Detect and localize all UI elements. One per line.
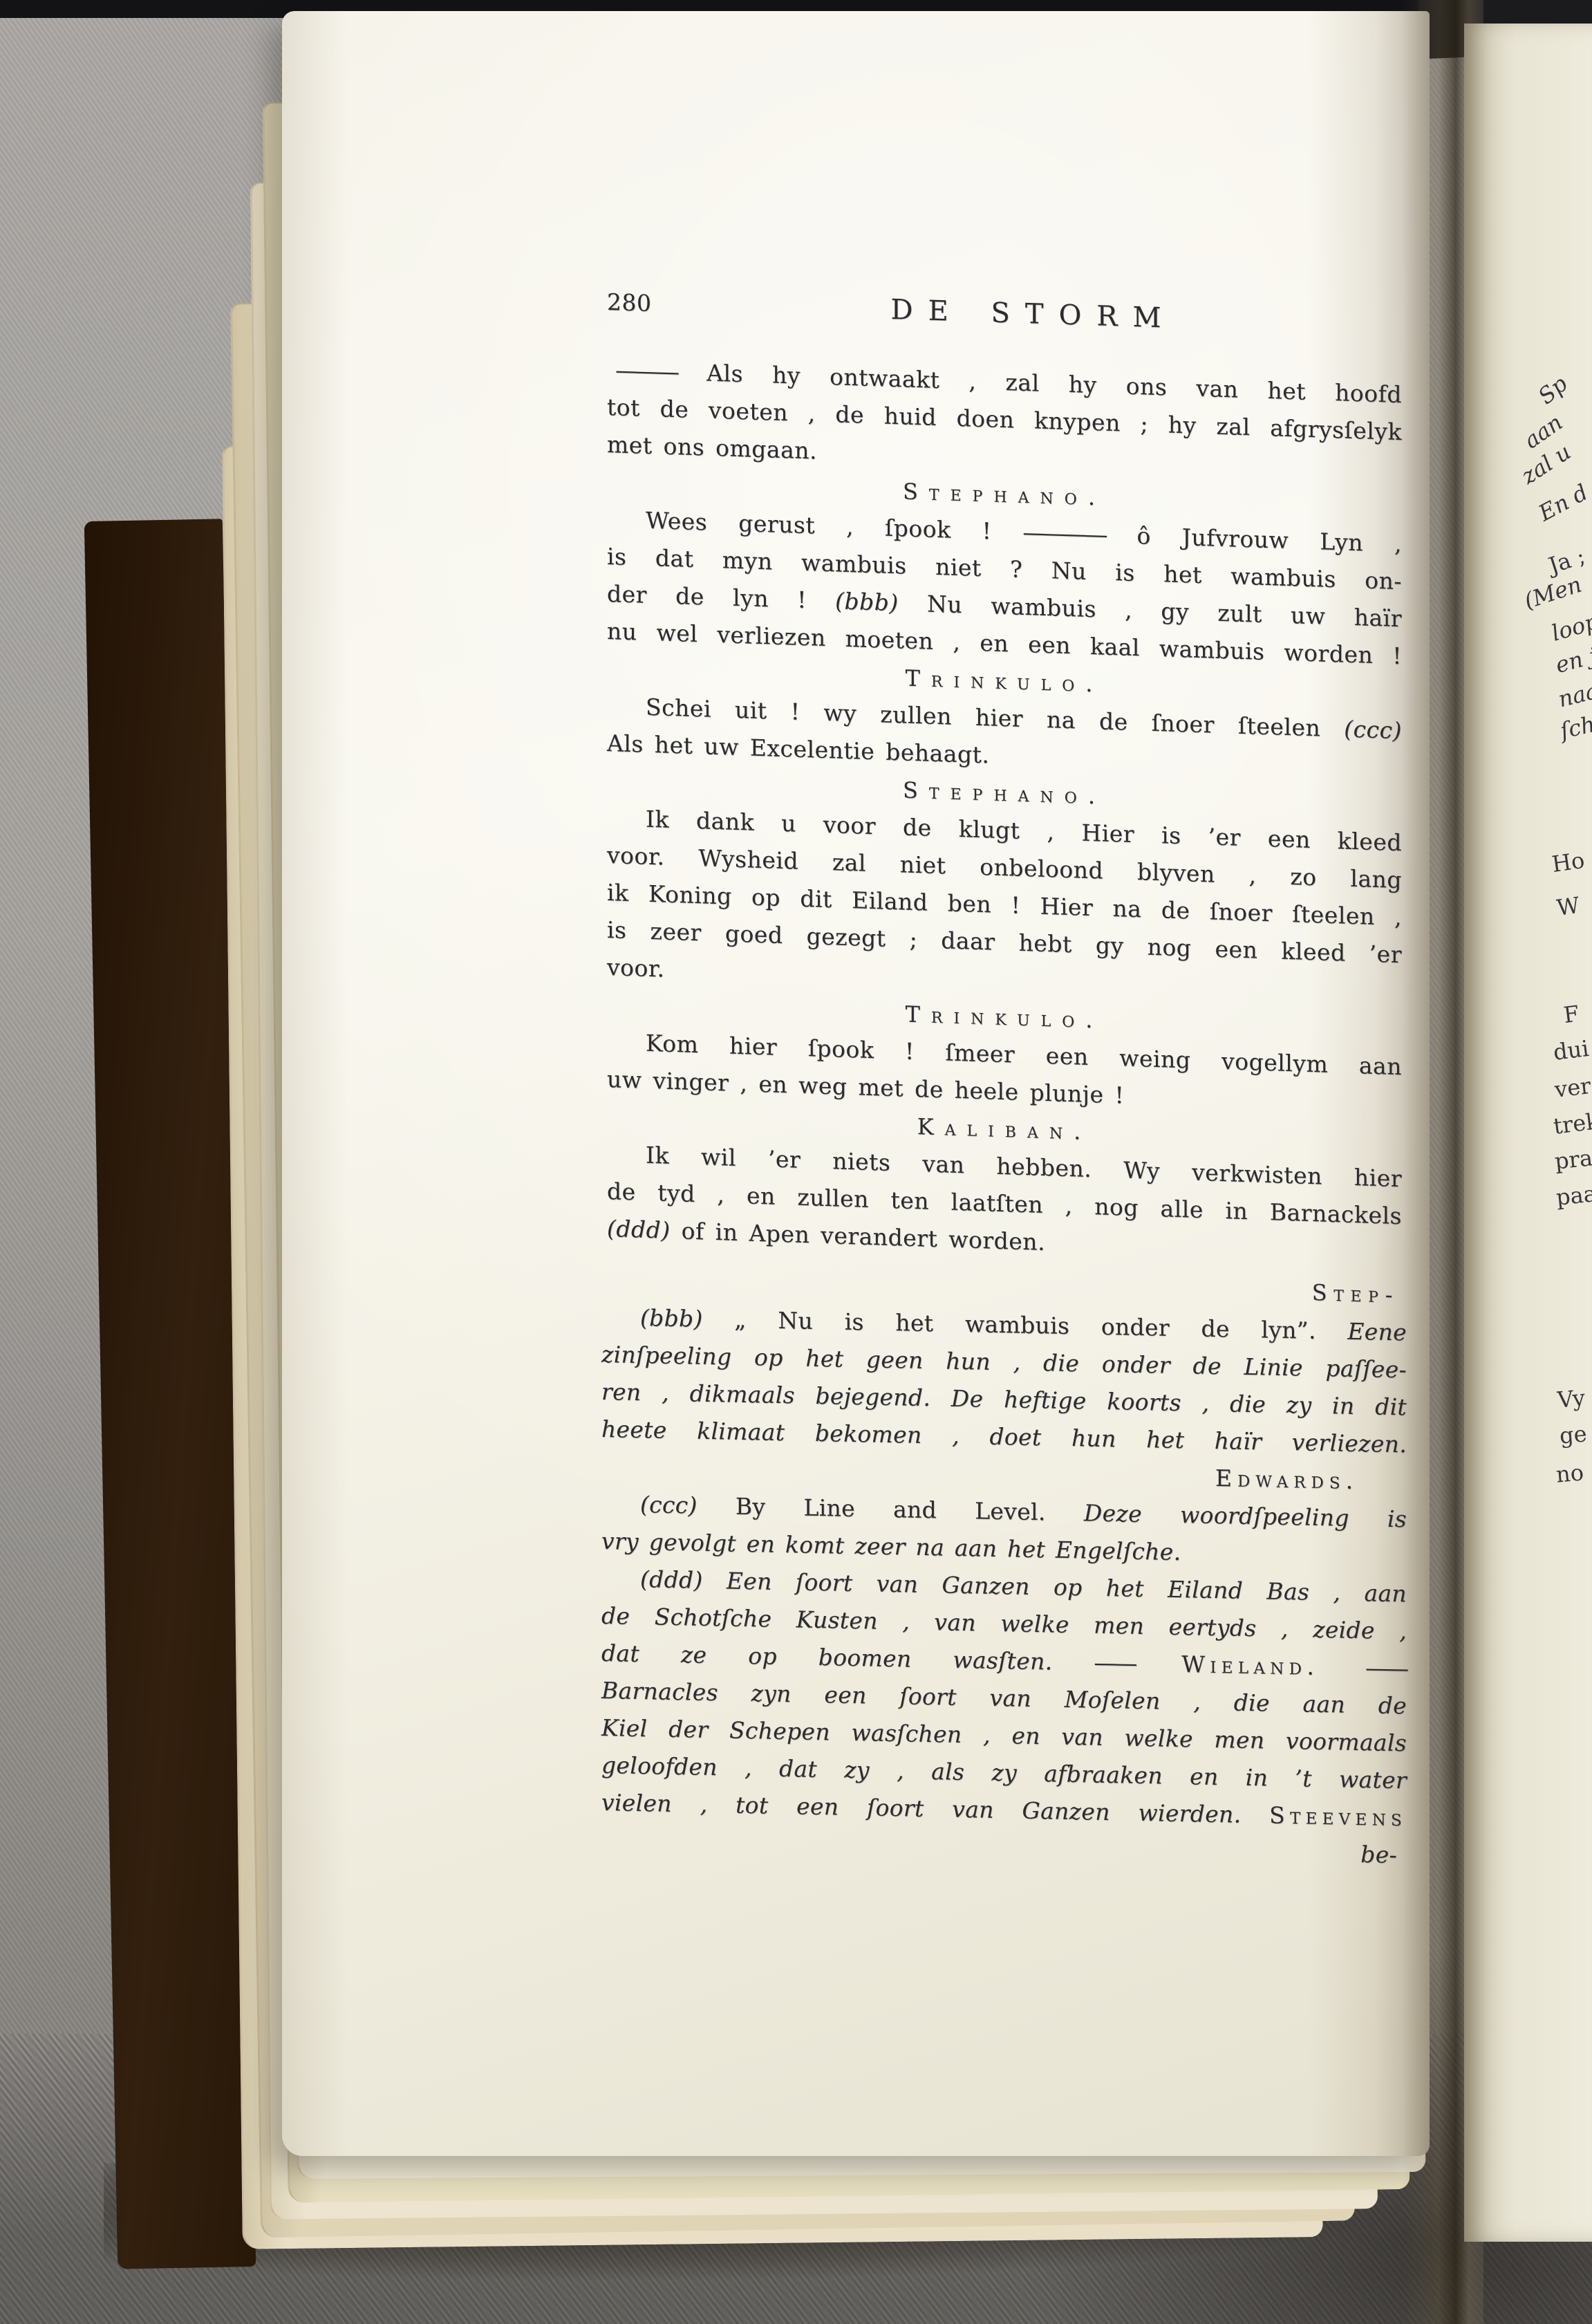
facing-page-fragment: F — [1562, 1001, 1581, 1028]
text-segment: dat ze op boomen wasſten. — [601, 1639, 1094, 1676]
text-segment: vielen , tot een ſoort van Ganzen wierde… — [601, 1789, 1269, 1829]
text-segment: met ons omgaan. — [607, 431, 817, 465]
printed-text-block: 280 DE STORM ——— Als hy ontwaakt , zal h… — [607, 282, 1402, 1314]
text-segment: (ccc) — [640, 1491, 736, 1520]
running-header: 280 DE STORM — [607, 282, 1402, 346]
facing-page-fragment: loop — [1548, 608, 1592, 647]
text-segment: Als het uw Excelentie behaagt. — [607, 729, 989, 768]
text-segment: Wees gerust , ſpook ! — [646, 507, 1022, 546]
text-segment: „ Nu is het wambuis onder de lyn”. — [734, 1306, 1347, 1345]
facing-page-fragment: zal u — [1517, 438, 1575, 490]
facing-page-fragment: ge — [1558, 1420, 1588, 1449]
facing-page-fragment: W — [1555, 892, 1582, 921]
dash-rule: ——— — [615, 356, 677, 385]
text-segment: vry gevolgt en komt zeer na aan het Enge… — [601, 1527, 1181, 1565]
dash-rule: —— — [1094, 1649, 1135, 1677]
page-number: 280 — [607, 288, 652, 317]
facing-page-fragment: en j — [1553, 642, 1592, 678]
dialogue-section: ——— Als hy ontwaakt , zal hy ons van het… — [607, 351, 1402, 1272]
facing-page-fragment: ver — [1553, 1072, 1592, 1103]
footnotes-section: (bbb) „ Nu is het wambuis onder de lyn”.… — [601, 1299, 1407, 1837]
text-segment: der de lyn ! — [607, 580, 835, 614]
facing-page-fragment: paa — [1555, 1180, 1592, 1211]
text-segment: ô Jufvrouw Lyn , — [1105, 521, 1402, 557]
facing-page-fragment: En d — [1534, 479, 1592, 527]
facing-page-fragment: Ho — [1551, 847, 1586, 877]
facing-page-fragment: no — [1555, 1459, 1584, 1487]
facing-page-fragment: naa — [1555, 677, 1592, 712]
dash-rule: ———— — [1022, 519, 1105, 548]
text-segment: Steevens — [1269, 1802, 1407, 1832]
facing-page-fragment: pra — [1553, 1144, 1592, 1175]
facing-page-fragment: dui — [1552, 1035, 1591, 1066]
facing-page-fragment: trek — [1552, 1108, 1592, 1140]
book-page: 280 DE STORM ——— Als hy ontwaakt , zal h… — [282, 11, 1430, 2156]
text-segment: of in Apen verandert worden. — [671, 1217, 1045, 1256]
text-segment: Wieland. — [1135, 1650, 1365, 1681]
text-segment: By Line and Level. — [736, 1493, 1084, 1527]
facing-page-fragment: ſch — [1557, 711, 1592, 744]
text-segment: (ccc) — [1344, 716, 1402, 745]
text-segment: (ddd) — [607, 1215, 671, 1244]
page-title: DE STORM — [891, 294, 1177, 335]
facing-page-fragment: Sp — [1533, 371, 1573, 409]
facing-page-fragment: Vy — [1556, 1384, 1586, 1413]
page-left-shading — [282, 11, 348, 2156]
facing-page-sliver: Spaanzal uEn dJa ;(Menloopen jnaaſchHoWF… — [1464, 24, 1592, 2242]
book-photograph: 280 DE STORM ——— Als hy ontwaakt , zal h… — [0, 0, 1592, 2324]
text-segment: Eene — [1347, 1318, 1407, 1346]
text-segment: voor. — [607, 954, 665, 983]
text-segment: (bbb) — [640, 1304, 734, 1333]
text-segment: Deze woordſpeeling is — [1084, 1499, 1407, 1532]
text-segment: (bbb) — [835, 587, 899, 616]
dash-rule: —— — [1365, 1654, 1407, 1682]
footnotes-block: (bbb) „ Nu is het wambuis onder de lyn”.… — [601, 1299, 1407, 1874]
